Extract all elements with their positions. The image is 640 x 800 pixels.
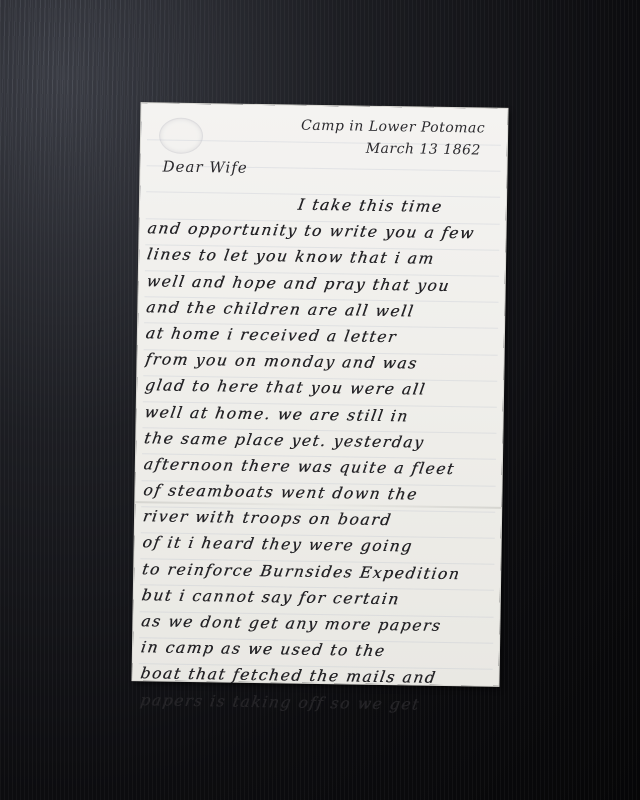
letter-salutation: Dear Wife	[162, 158, 247, 177]
letter-line: papers is taking off so we get	[138, 687, 492, 719]
embossed-stationery-mark	[159, 117, 204, 154]
photo-scene: Camp in Lower Potomac March 13 1862 Dear…	[0, 0, 640, 800]
letter-body: I take this timeand opportunity to write…	[140, 189, 498, 718]
letter-date: March 13 1862	[366, 141, 481, 159]
handwritten-letter: Camp in Lower Potomac March 13 1862 Dear…	[132, 103, 507, 686]
ruled-lines	[142, 103, 508, 109]
letter-place: Camp in Lower Potomac	[301, 118, 485, 137]
